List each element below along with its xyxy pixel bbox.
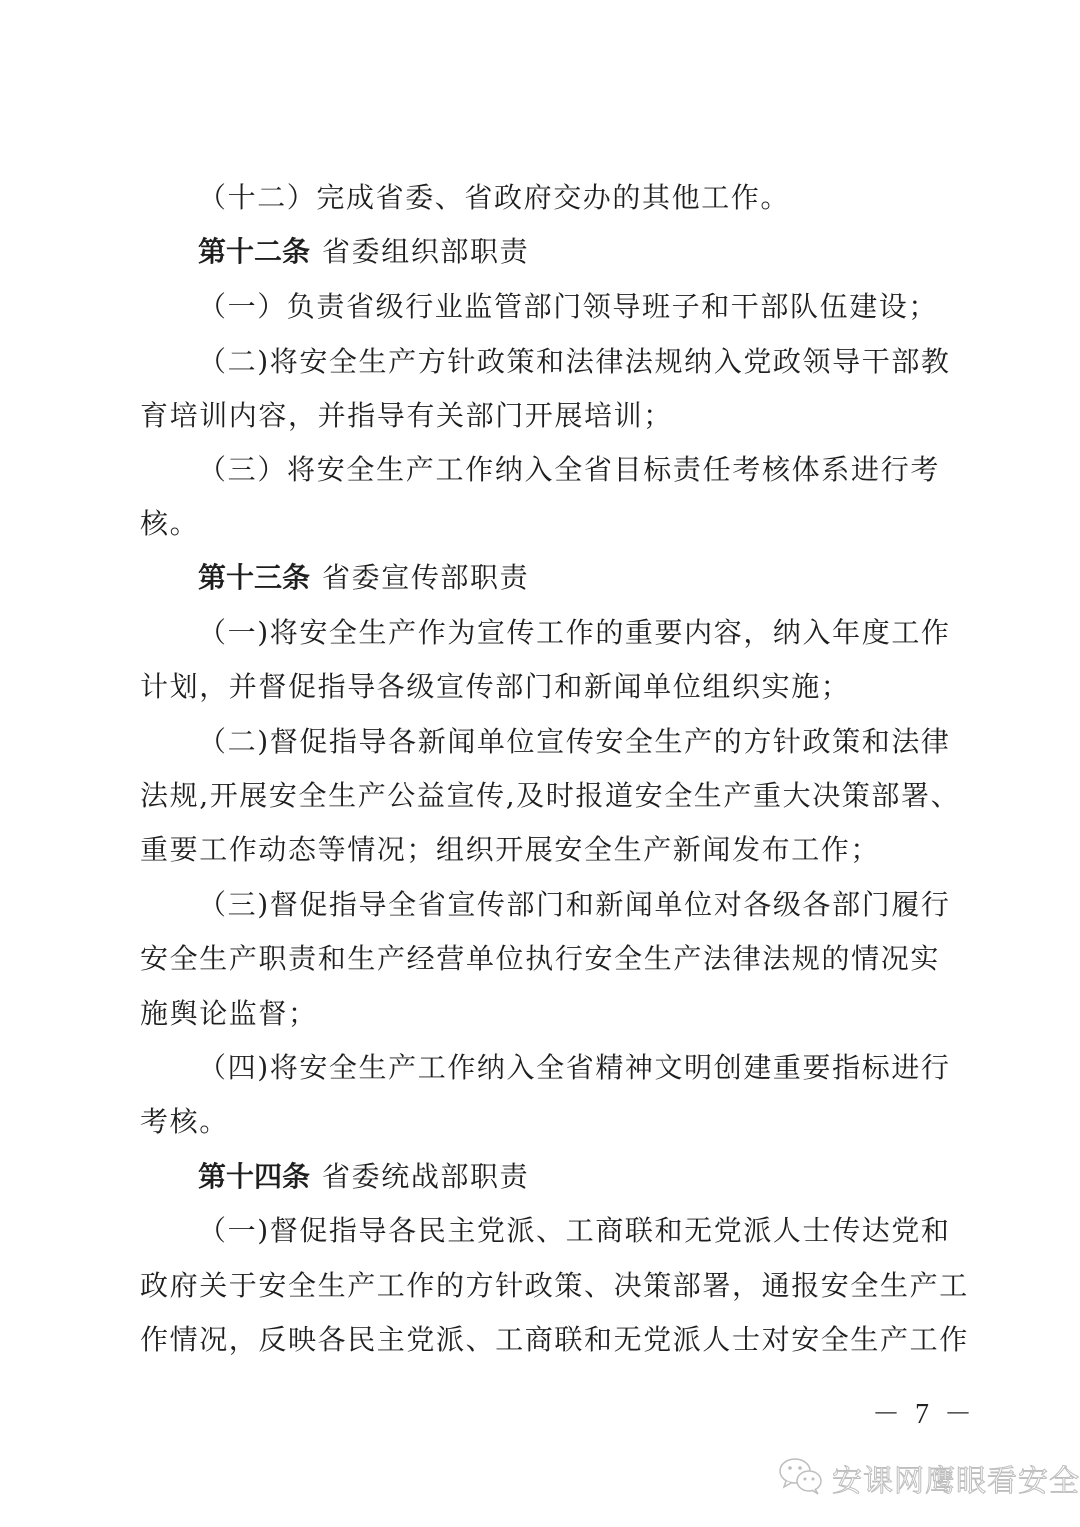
article-title: 省委统战部职责 [322, 1160, 529, 1193]
article-heading: 第十二条省委组织部职责 [198, 232, 940, 272]
article-number: 第十二条 [198, 235, 310, 268]
line-text: 安全生产职责和生产经营单位执行安全生产法律法规的情况实 [140, 942, 940, 975]
text-line: 安全生产职责和生产经营单位执行安全生产法律法规的情况实 [140, 939, 940, 979]
watermark: 安课网鹰眼看安全 [778, 1458, 1080, 1498]
line-text: 法规,开展安全生产公益宣传,及时报道安全生产重大决策部署、 [140, 779, 960, 812]
line-text: （一)将安全生产作为宣传工作的重要内容，纳入年度工作 [198, 616, 951, 649]
line-text: （三)督促指导全省宣传部门和新闻单位对各级各部门履行 [198, 888, 951, 921]
line-text: 育培训内容，并指导有关部门开展培训； [140, 399, 673, 432]
text-line: （一)督促指导各民主党派、工商联和无党派人士传达党和 [198, 1211, 940, 1251]
article-title: 省委组织部职责 [322, 235, 529, 268]
text-line: 作情况，反映各民主党派、工商联和无党派人士对安全生产工作 [140, 1320, 940, 1360]
article-number: 第十三条 [198, 561, 310, 594]
page-number: － 7 － [872, 1392, 976, 1432]
text-line: （十二）完成省委、省政府交办的其他工作。 [198, 178, 940, 218]
text-line: 考核。 [140, 1102, 940, 1142]
text-line: （三）将安全生产工作纳入全省目标责任考核体系进行考 [198, 450, 940, 490]
text-line: 计划，并督促指导各级宣传部门和新闻单位组织实施； [140, 667, 940, 707]
line-text: （二)将安全生产方针政策和法律法规纳入党政领导干部教 [198, 345, 951, 378]
text-line: （三)督促指导全省宣传部门和新闻单位对各级各部门履行 [198, 885, 940, 925]
text-line: 育培训内容，并指导有关部门开展培训； [140, 396, 940, 436]
wechat-icon [778, 1456, 824, 1500]
line-text: 重要工作动态等情况；组织开展安全生产新闻发布工作； [140, 833, 880, 866]
text-line: （一)将安全生产作为宣传工作的重要内容，纳入年度工作 [198, 613, 940, 653]
line-text: （二)督促指导各新闻单位宣传安全生产的方针政策和法律 [198, 725, 951, 758]
line-text: （三）将安全生产工作纳入全省目标责任考核体系进行考 [198, 453, 940, 486]
line-text: （十二）完成省委、省政府交办的其他工作。 [198, 181, 790, 214]
line-text: 政府关于安全生产工作的方针政策、决策部署，通报安全生产工 [140, 1269, 969, 1302]
article-heading: 第十三条省委宣传部职责 [198, 558, 940, 598]
text-line: 重要工作动态等情况；组织开展安全生产新闻发布工作； [140, 830, 940, 870]
text-line: （一）负责省级行业监管部门领导班子和干部队伍建设； [198, 287, 940, 327]
text-line: 法规,开展安全生产公益宣传,及时报道安全生产重大决策部署、 [140, 776, 940, 816]
line-text: 核。 [140, 507, 199, 540]
line-text: 计划，并督促指导各级宣传部门和新闻单位组织实施； [140, 670, 850, 703]
text-line: 政府关于安全生产工作的方针政策、决策部署，通报安全生产工 [140, 1266, 940, 1306]
line-text: （一)督促指导各民主党派、工商联和无党派人士传达党和 [198, 1214, 951, 1247]
text-line: 施舆论监督； [140, 994, 940, 1034]
document-page: （十二）完成省委、省政府交办的其他工作。第十二条省委组织部职责（一）负责省级行业… [0, 0, 1080, 1527]
line-text: （四)将安全生产工作纳入全省精神文明创建重要指标进行 [198, 1051, 951, 1084]
text-line: （二)将安全生产方针政策和法律法规纳入党政领导干部教 [198, 342, 940, 382]
text-line: 核。 [140, 504, 940, 544]
article-heading: 第十四条省委统战部职责 [198, 1157, 940, 1197]
line-text: 施舆论监督； [140, 997, 318, 1030]
text-line: （四)将安全生产工作纳入全省精神文明创建重要指标进行 [198, 1048, 940, 1088]
watermark-text: 安课网鹰眼看安全 [832, 1456, 1080, 1500]
line-text: 作情况，反映各民主党派、工商联和无党派人士对安全生产工作 [140, 1323, 969, 1356]
line-text: （一）负责省级行业监管部门领导班子和干部队伍建设； [198, 290, 938, 323]
line-text: 考核。 [140, 1105, 229, 1138]
text-line: （二)督促指导各新闻单位宣传安全生产的方针政策和法律 [198, 722, 940, 762]
article-title: 省委宣传部职责 [322, 561, 529, 594]
article-number: 第十四条 [198, 1160, 310, 1193]
